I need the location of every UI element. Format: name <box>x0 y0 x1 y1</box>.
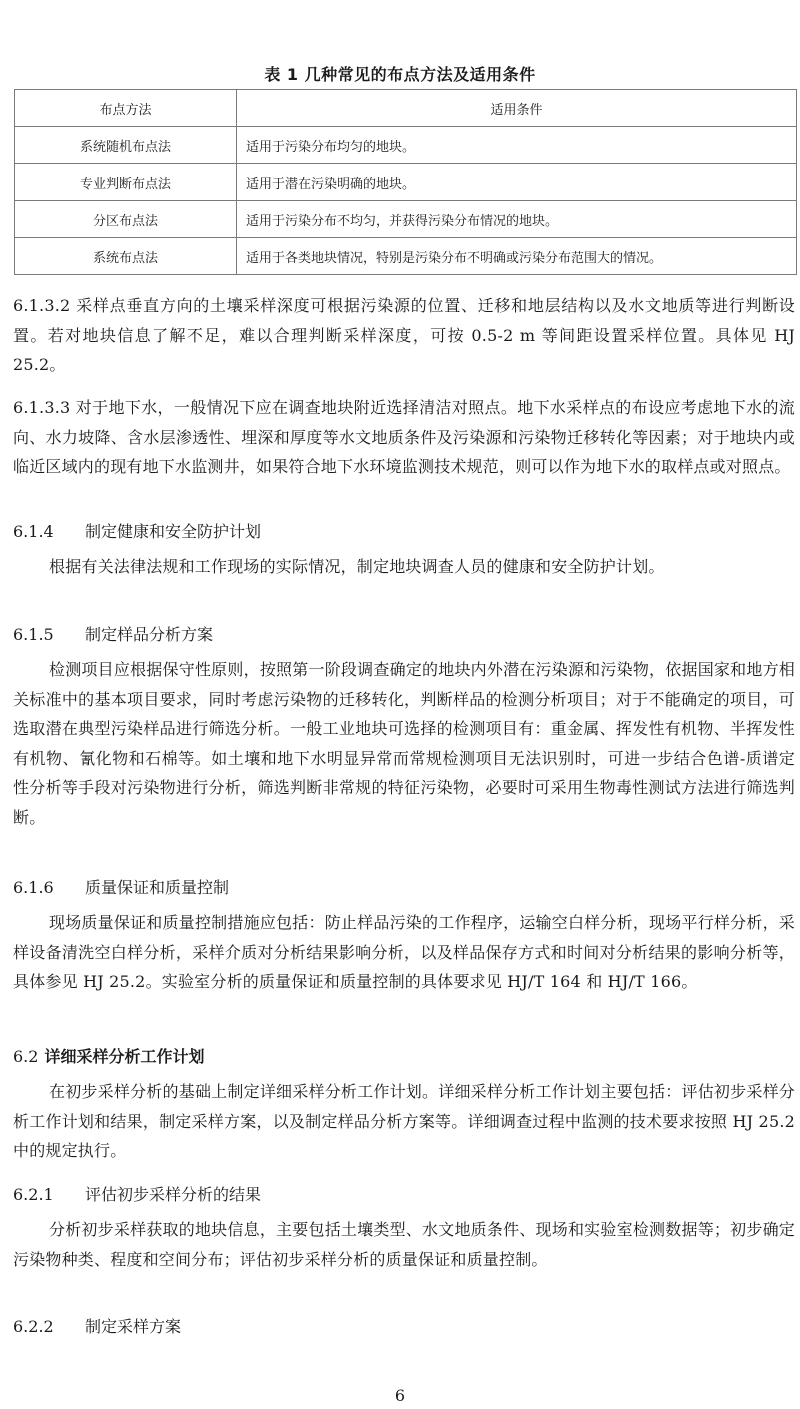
condition-cell: 适用于各类地块情况，特别是污染分布不明确或污染分布范围大的情况。 <box>237 238 797 275</box>
table-row: 分区布点法 适用于污染分布不均匀，并获得污染分布情况的地块。 <box>15 201 797 238</box>
heading-title: 制定健康和安全防护计划 <box>85 522 261 541</box>
paragraph-6-2: 在初步采样分析的基础上制定详细采样分析工作计划。详细采样分析工作计划主要包括：评… <box>13 1077 795 1166</box>
heading-6-1-6: 6.1.6质量保证和质量控制 <box>13 876 229 900</box>
heading-number: 6.2 <box>13 1045 38 1069</box>
heading-title: 质量保证和质量控制 <box>85 878 229 897</box>
heading-6-2-1: 6.2.1评估初步采样分析的结果 <box>13 1183 261 1207</box>
paragraph-6-1-6: 现场质量保证和质量控制措施应包括：防止样品污染的工作程序，运输空白样分析，现场平… <box>13 908 795 997</box>
heading-number: 6.1.6 <box>13 876 85 900</box>
header-method: 布点方法 <box>15 90 237 127</box>
heading-number: 6.2.2 <box>13 1315 85 1339</box>
page-number: 6 <box>0 1386 800 1405</box>
table-row: 系统布点法 适用于各类地块情况，特别是污染分布不明确或污染分布范围大的情况。 <box>15 238 797 275</box>
condition-cell: 适用于污染分布均匀的地块。 <box>237 127 797 164</box>
heading-title: 评估初步采样分析的结果 <box>85 1185 261 1204</box>
sampling-methods-table: 布点方法 适用条件 系统随机布点法 适用于污染分布均匀的地块。 专业判断布点法 … <box>14 89 797 275</box>
table-header-row: 布点方法 适用条件 <box>15 90 797 127</box>
paragraph-6-2-1: 分析初步采样获取的地块信息，主要包括土壤类型、水文地质条件、现场和实验室检测数据… <box>13 1215 795 1274</box>
method-cell: 系统布点法 <box>15 238 237 275</box>
heading-6-2-2: 6.2.2制定采样方案 <box>13 1315 181 1339</box>
paragraph-6-1-5: 检测项目应根据保守性原则，按照第一阶段调查确定的地块内外潜在污染源和污染物，依据… <box>13 655 795 832</box>
table-caption: 表 1 几种常见的布点方法及适用条件 <box>0 62 800 85</box>
method-cell: 分区布点法 <box>15 201 237 238</box>
heading-6-1-4: 6.1.4制定健康和安全防护计划 <box>13 520 261 544</box>
header-condition: 适用条件 <box>237 90 797 127</box>
heading-number: 6.1.4 <box>13 520 85 544</box>
condition-cell: 适用于潜在污染明确的地块。 <box>237 164 797 201</box>
heading-6-2: 6.2详细采样分析工作计划 <box>13 1045 204 1069</box>
paragraph-6-1-3-3: 6.1.3.3 对于地下水，一般情况下应在调查地块附近选择清洁对照点。地下水采样… <box>13 393 795 482</box>
heading-6-1-5: 6.1.5制定样品分析方案 <box>13 623 213 647</box>
heading-title: 制定样品分析方案 <box>85 625 213 644</box>
table-row: 专业判断布点法 适用于潜在污染明确的地块。 <box>15 164 797 201</box>
heading-number: 6.1.5 <box>13 623 85 647</box>
method-cell: 系统随机布点法 <box>15 127 237 164</box>
condition-cell: 适用于污染分布不均匀，并获得污染分布情况的地块。 <box>237 201 797 238</box>
heading-title: 制定采样方案 <box>85 1317 181 1336</box>
table-row: 系统随机布点法 适用于污染分布均匀的地块。 <box>15 127 797 164</box>
heading-number: 6.2.1 <box>13 1183 85 1207</box>
heading-title: 详细采样分析工作计划 <box>44 1047 204 1066</box>
paragraph-6-1-3-2: 6.1.3.2 采样点垂直方向的土壤采样深度可根据污染源的位置、迁移和地层结构以… <box>13 291 795 380</box>
method-cell: 专业判断布点法 <box>15 164 237 201</box>
paragraph-6-1-4: 根据有关法律法规和工作现场的实际情况，制定地块调查人员的健康和安全防护计划。 <box>13 552 795 582</box>
